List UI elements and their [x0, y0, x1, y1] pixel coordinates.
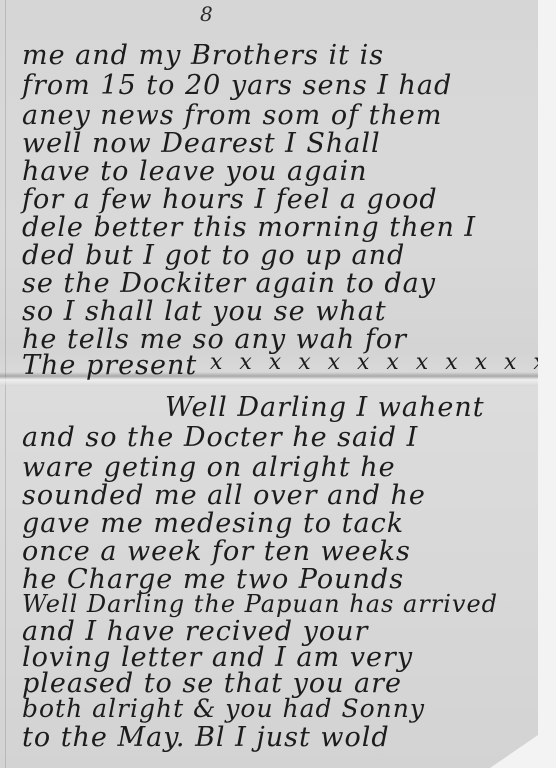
handwritten-line: Well Darling I wahent — [165, 392, 485, 423]
handwritten-line: have to leave you again — [22, 156, 368, 187]
letter-page: 8 me and my Brothers it is from 15 to 20… — [0, 0, 538, 768]
handwritten-line: so I shall lat you se what — [22, 296, 387, 327]
handwritten-line: aney news from som of them — [22, 100, 443, 131]
handwritten-line: to the May. Bl I just wold — [22, 722, 390, 753]
handwritten-line: for a few hours I feel a good — [22, 184, 438, 215]
handwritten-line: The present — [22, 350, 197, 381]
handwritten-line: ware geting on alright he — [22, 452, 396, 483]
handwritten-line: once a week for ten weeks — [22, 536, 411, 567]
handwritten-line: me and my Brothers it is — [22, 40, 384, 71]
handwritten-line: well now Dearest I Shall — [22, 128, 381, 159]
handwritten-line: from 15 to 20 yars sens I had — [22, 70, 452, 101]
handwritten-line: Well Darling the Papuan has arrived — [22, 590, 498, 618]
kisses-row: x x x x x x x x x x x x — [210, 350, 551, 375]
handwritten-line: se the Dockiter again to day — [22, 268, 436, 299]
handwritten-line: sounded me all over and he — [22, 480, 426, 511]
handwritten-line: both alright & you had Sonny — [22, 694, 425, 723]
handwritten-line: dele better this morning then I — [22, 212, 476, 243]
handwritten-line: gave me medesing to tack — [22, 508, 404, 539]
handwritten-line: and so the Docter he said I — [22, 422, 418, 453]
page-number: 8 — [200, 2, 213, 26]
scanned-document: 8 me and my Brothers it is from 15 to 20… — [0, 0, 556, 768]
handwritten-line: ded but I got to go up and — [22, 240, 405, 271]
